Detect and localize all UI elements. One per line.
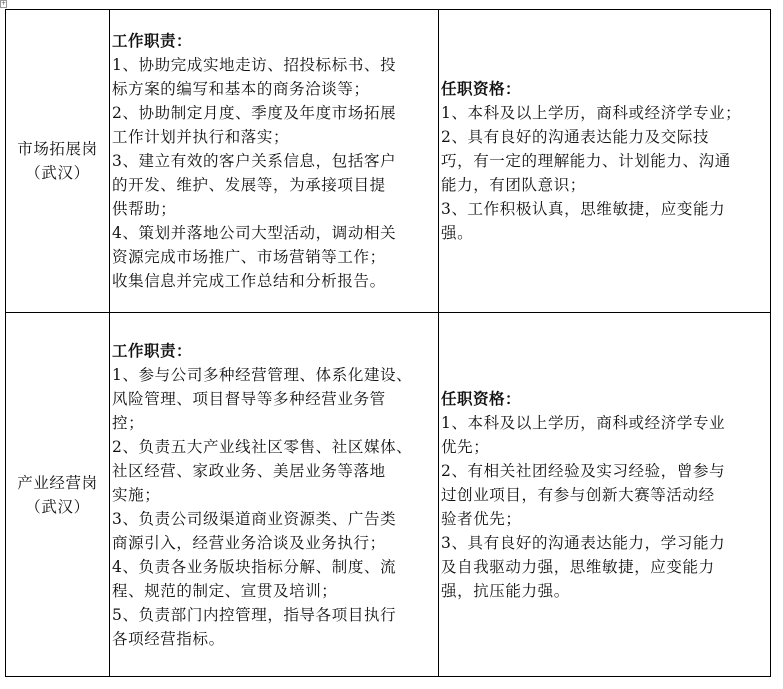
- duty-line: 2、协助制定月度、季度及年度市场拓展: [112, 101, 436, 125]
- requirement-line: 3、工作积极认真，思维敏捷，应变能力: [441, 197, 768, 221]
- duty-line: 实施；: [112, 483, 436, 507]
- position-cell: 市场拓展岗 （武汉）: [6, 10, 110, 313]
- position-cell: 产业经营岗 （武汉）: [6, 313, 110, 677]
- table-row-market-expansion: 市场拓展岗 （武汉） 工作职责： 1、协助完成实地走访、招投标标书、投 标方案的…: [6, 10, 771, 313]
- duty-line: 3、建立有效的客户关系信息，包括客户: [112, 149, 436, 173]
- duty-line: 风险管理、项目督导等多种经营业务管: [112, 387, 436, 411]
- duties-cell: 工作职责： 1、参与公司多种经营管理、体系化建设、 风险管理、项目督导等多种经营…: [110, 313, 439, 677]
- duty-line: 3、负责公司级渠道商业资源类、广告类: [112, 507, 436, 531]
- duty-line: 控；: [112, 411, 436, 435]
- duty-line: 4、策划并落地公司大型活动，调动相关: [112, 221, 436, 245]
- duty-line: 4、负责各业务版块指标分解、制度、流: [112, 555, 436, 579]
- table-row-industry-operation: 产业经营岗 （武汉） 工作职责： 1、参与公司多种经营管理、体系化建设、 风险管…: [6, 313, 771, 677]
- requirements-heading: 任职资格：: [441, 387, 768, 411]
- position-location: （武汉）: [8, 161, 107, 185]
- requirement-line: 及自我驱动力强，思维敏捷，应变能力: [441, 555, 768, 579]
- duties-heading: 工作职责：: [112, 29, 436, 53]
- duty-line: 供帮助；: [112, 197, 436, 221]
- duty-line: 收集信息并完成工作总结和分析报告。: [112, 269, 436, 293]
- duty-line: 2、负责五大产业线社区零售、社区媒体、: [112, 435, 436, 459]
- duty-line: 标方案的编写和基本的商务洽谈等；: [112, 77, 436, 101]
- table-move-handle-icon[interactable]: +: [0, 0, 7, 8]
- requirement-line: 过创业项目，有参与创新大赛等活动经: [441, 483, 768, 507]
- requirement-line: 优先；: [441, 435, 768, 459]
- requirement-line: 强。: [441, 221, 768, 245]
- duty-line: 资源完成市场推广、市场营销等工作；: [112, 245, 436, 269]
- duty-line: 工作计划并执行和落实；: [112, 125, 436, 149]
- duty-line: 5、负责部门内控管理，指导各项目执行: [112, 603, 436, 627]
- duty-line: 程、规范的制定、宣贯及培训；: [112, 579, 436, 603]
- requirement-line: 强，抗压能力强。: [441, 579, 768, 603]
- requirement-line: 2、具有良好的沟通表达能力及交际技: [441, 125, 768, 149]
- duty-line: 各项经营指标。: [112, 627, 436, 651]
- position-name: 市场拓展岗: [8, 137, 107, 161]
- duty-line: 社区经营、家政业务、美居业务等落地: [112, 459, 436, 483]
- position-location: （武汉）: [8, 495, 107, 519]
- requirement-line: 3、具有良好的沟通表达能力，学习能力: [441, 531, 768, 555]
- duties-cell: 工作职责： 1、协助完成实地走访、招投标标书、投 标方案的编写和基本的商务洽谈等…: [110, 10, 439, 313]
- requirements-cell: 任职资格： 1、本科及以上学历，商科或经济学专业； 2、具有良好的沟通表达能力及…: [439, 10, 771, 313]
- requirement-line: 能力，有团队意识；: [441, 173, 768, 197]
- requirement-line: 1、本科及以上学历，商科或经济学专业: [441, 411, 768, 435]
- duty-line: 的开发、维护、发展等，为承接项目提: [112, 173, 436, 197]
- requirement-line: 1、本科及以上学历，商科或经济学专业；: [441, 101, 768, 125]
- duties-heading: 工作职责：: [112, 339, 436, 363]
- requirement-line: 验者优先；: [441, 507, 768, 531]
- requirement-line: 巧，有一定的理解能力、计划能力、沟通: [441, 149, 768, 173]
- requirement-line: 2、有相关社团经验及实习经验，曾参与: [441, 459, 768, 483]
- duty-line: 1、参与公司多种经营管理、体系化建设、: [112, 363, 436, 387]
- requirements-cell: 任职资格： 1、本科及以上学历，商科或经济学专业 优先； 2、有相关社团经验及实…: [439, 313, 771, 677]
- job-positions-table: 市场拓展岗 （武汉） 工作职责： 1、协助完成实地走访、招投标标书、投 标方案的…: [5, 9, 771, 677]
- duty-line: 1、协助完成实地走访、招投标标书、投: [112, 53, 436, 77]
- duty-line: 商源引入，经营业务洽谈及业务执行；: [112, 531, 436, 555]
- requirements-heading: 任职资格：: [441, 77, 768, 101]
- position-name: 产业经营岗: [8, 471, 107, 495]
